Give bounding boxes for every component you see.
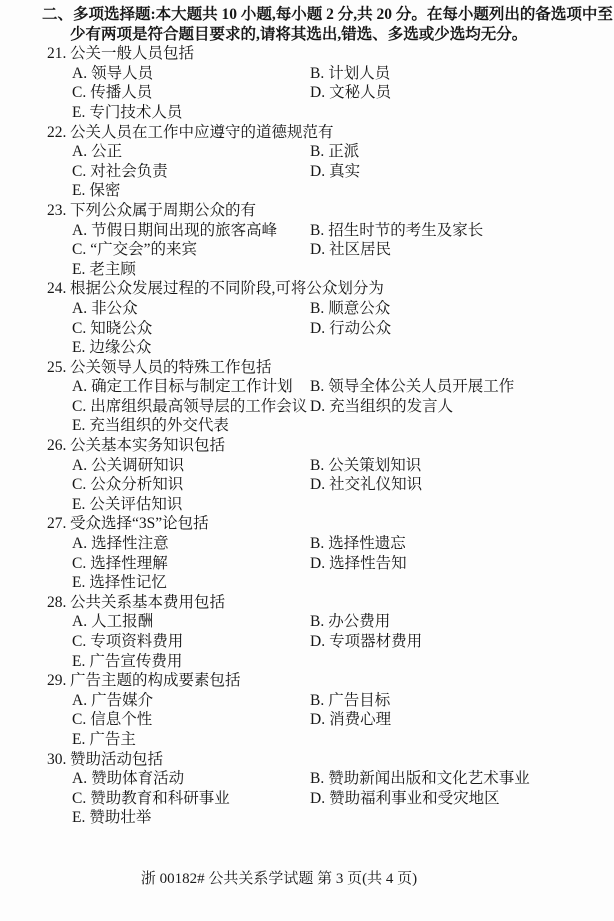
option-row: A.赞助体育活动 B.赞助新闻出版和文化艺术事业 <box>0 769 614 789</box>
option-row: E.保密 <box>0 181 614 201</box>
option-item: D.真实 <box>310 162 614 182</box>
options-grid: A.节假日期间出现的旅客高峰 B.招生时节的考生及家长 C.“广交会”的来宾 D… <box>0 221 614 280</box>
question-number: 26. <box>47 436 70 456</box>
option-item: E.专门技术人员 <box>72 103 310 123</box>
option-item: E.边缘公众 <box>72 338 310 358</box>
section-header: 二、多项选择题:本大题共 10 小题,每小题 2 分,共 20 分。在每小题列出… <box>0 5 614 44</box>
option-row: A.确定工作目标与制定工作计划 B.领导全体公关人员开展工作 <box>0 377 614 397</box>
option-text: 公关调研知识 <box>91 457 184 474</box>
option-label: E. <box>72 417 85 434</box>
question-block: 24.根据公众发展过程的不同阶段,可将公众划分为 A.非公众 B.顺意公众 C.… <box>0 279 614 357</box>
option-text: 充当组织的发言人 <box>329 398 453 415</box>
option-label: E. <box>72 653 85 670</box>
option-label: A. <box>72 143 87 160</box>
question-block: 26.公关基本实务知识包括 A.公关调研知识 B.公关策划知识 C.公众分析知识… <box>0 436 614 514</box>
option-row: A.人工报酬 B.办公费用 <box>0 612 614 632</box>
option-item: E.充当组织的外交代表 <box>72 416 310 436</box>
option-item: D.赞助福利事业和受灾地区 <box>310 789 614 809</box>
question-stem: 28.公共关系基本费用包括 <box>0 593 614 613</box>
question-stem: 23.下列公众属于周期公众的有 <box>0 201 614 221</box>
options-grid: A.确定工作目标与制定工作计划 B.领导全体公关人员开展工作 C.出席组织最高领… <box>0 377 614 436</box>
option-item: D.专项器材费用 <box>310 632 614 652</box>
option-text: 社区居民 <box>329 241 391 258</box>
option-item: E.老主顾 <box>72 260 310 280</box>
question-number: 22. <box>47 123 70 143</box>
option-item: D.社区居民 <box>310 240 614 260</box>
question-number: 28. <box>47 593 70 613</box>
option-label: A. <box>72 378 87 395</box>
option-label: C. <box>72 163 86 180</box>
option-label: A. <box>72 222 87 239</box>
option-label: C. <box>72 84 86 101</box>
question-text: 受众选择“3S”论包括 <box>70 515 209 532</box>
question-number: 25. <box>47 358 70 378</box>
option-label: C. <box>72 320 86 337</box>
option-label: B. <box>310 535 324 552</box>
section-header-line2: 少有两项是符合题目要求的,请将其选出,错选、多选或少选均无分。 <box>0 25 614 45</box>
option-label: A. <box>72 535 87 552</box>
option-label: B. <box>310 457 324 474</box>
option-item: D.消费心理 <box>310 710 614 730</box>
option-row: A.领导人员 B.计划人员 <box>0 64 614 84</box>
option-label: D. <box>310 398 325 415</box>
option-text: 赞助新闻出版和文化艺术事业 <box>328 770 530 787</box>
option-label: C. <box>72 711 86 728</box>
options-grid: A.领导人员 B.计划人员 C.传播人员 D.文秘人员 E.专门技术人员 <box>0 64 614 123</box>
option-row: C.知晓公众 D.行动公众 <box>0 319 614 339</box>
option-text: 计划人员 <box>328 65 390 82</box>
question-block: 30.赞助活动包括 A.赞助体育活动 B.赞助新闻出版和文化艺术事业 C.赞助教… <box>0 750 614 828</box>
option-item: B.正派 <box>310 142 614 162</box>
question-stem: 25.公关领导人员的特殊工作包括 <box>0 358 614 378</box>
option-row: C.赞助教育和科研事业 D.赞助福利事业和受灾地区 <box>0 789 614 809</box>
option-item: C.对社会负责 <box>72 162 310 182</box>
option-row: C.对社会负责 D.真实 <box>0 162 614 182</box>
option-item: B.计划人员 <box>310 64 614 84</box>
option-row: E.广告主 <box>0 730 614 750</box>
question-block: 28.公共关系基本费用包括 A.人工报酬 B.办公费用 C.专项资料费用 D.专… <box>0 593 614 671</box>
questions-list: 21.公关一般人员包括 A.领导人员 B.计划人员 C.传播人员 D.文秘人员 … <box>0 44 614 828</box>
question-text: 公关领导人员的特殊工作包括 <box>70 359 272 376</box>
option-item: D.选择性告知 <box>310 554 614 574</box>
page-footer: 浙 00182# 公共关系学试题 第 3 页(共 4 页) <box>0 870 586 890</box>
option-label: B. <box>310 692 324 709</box>
option-row: C.选择性理解 D.选择性告知 <box>0 554 614 574</box>
option-text: 选择性记忆 <box>89 574 167 591</box>
option-label: E. <box>72 731 85 748</box>
option-label: B. <box>310 770 324 787</box>
option-label: B. <box>310 613 324 630</box>
option-text: 边缘公众 <box>89 339 151 356</box>
option-label: C. <box>72 790 86 807</box>
option-row: A.非公众 B.顺意公众 <box>0 299 614 319</box>
option-text: 节假日期间出现的旅客高峰 <box>91 222 277 239</box>
option-item: D.行动公众 <box>310 319 614 339</box>
option-text: 非公众 <box>91 300 138 317</box>
option-item: A.公正 <box>72 142 310 162</box>
option-label: E. <box>72 496 85 513</box>
option-row: E.边缘公众 <box>0 338 614 358</box>
option-text: 选择性理解 <box>90 555 168 572</box>
option-item: C.传播人员 <box>72 83 310 103</box>
option-text: “广交会”的来宾 <box>90 241 197 258</box>
option-item: A.赞助体育活动 <box>72 769 310 789</box>
option-label: E. <box>72 104 85 121</box>
option-item: B.顺意公众 <box>310 299 614 319</box>
option-item: B.选择性遗忘 <box>310 534 614 554</box>
option-label: C. <box>72 398 86 415</box>
option-label: E. <box>72 809 85 826</box>
option-row: C.“广交会”的来宾 D.社区居民 <box>0 240 614 260</box>
option-text: 老主顾 <box>89 261 136 278</box>
options-grid: A.广告媒介 B.广告目标 C.信息个性 D.消费心理 E.广告主 <box>0 691 614 750</box>
option-row: E.选择性记忆 <box>0 573 614 593</box>
option-label: B. <box>310 222 324 239</box>
question-number: 23. <box>47 201 70 221</box>
option-text: 文秘人员 <box>329 84 391 101</box>
option-text: 公关策划知识 <box>328 457 421 474</box>
question-block: 21.公关一般人员包括 A.领导人员 B.计划人员 C.传播人员 D.文秘人员 … <box>0 44 614 122</box>
option-row: C.信息个性 D.消费心理 <box>0 710 614 730</box>
option-label: E. <box>72 182 85 199</box>
option-row: E.公关评估知识 <box>0 495 614 515</box>
option-label: D. <box>310 476 325 493</box>
options-grid: A.赞助体育活动 B.赞助新闻出版和文化艺术事业 C.赞助教育和科研事业 D.赞… <box>0 769 614 828</box>
option-text: 领导人员 <box>91 65 153 82</box>
option-row: E.专门技术人员 <box>0 103 614 123</box>
option-text: 行动公众 <box>329 320 391 337</box>
option-item: C.选择性理解 <box>72 554 310 574</box>
option-item: B.赞助新闻出版和文化艺术事业 <box>310 769 614 789</box>
option-text: 对社会负责 <box>90 163 168 180</box>
option-item: C.出席组织最高领导层的工作会议 <box>72 397 310 417</box>
option-item: C.信息个性 <box>72 710 310 730</box>
option-item: B.办公费用 <box>310 612 614 632</box>
option-text: 公众分析知识 <box>90 476 183 493</box>
option-label: E. <box>72 339 85 356</box>
option-row: E.赞助壮举 <box>0 808 614 828</box>
options-grid: A.公关调研知识 B.公关策划知识 C.公众分析知识 D.社交礼仪知识 E.公关… <box>0 456 614 515</box>
option-label: D. <box>310 163 325 180</box>
option-item: E.广告宣传费用 <box>72 652 310 672</box>
option-item: A.确定工作目标与制定工作计划 <box>72 377 310 397</box>
question-text: 赞助活动包括 <box>70 751 163 768</box>
option-label: A. <box>72 457 87 474</box>
option-label: E. <box>72 261 85 278</box>
option-label: D. <box>310 790 325 807</box>
question-number: 21. <box>47 44 70 64</box>
option-item: E.保密 <box>72 181 310 201</box>
question-stem: 24.根据公众发展过程的不同阶段,可将公众划分为 <box>0 279 614 299</box>
option-item: C.公众分析知识 <box>72 475 310 495</box>
option-row: E.老主顾 <box>0 260 614 280</box>
option-item: D.充当组织的发言人 <box>310 397 614 417</box>
question-block: 29.广告主题的构成要素包括 A.广告媒介 B.广告目标 C.信息个性 D.消费… <box>0 671 614 749</box>
option-row: C.公众分析知识 D.社交礼仪知识 <box>0 475 614 495</box>
question-block: 27.受众选择“3S”论包括 A.选择性注意 B.选择性遗忘 C.选择性理解 D… <box>0 514 614 592</box>
question-stem: 27.受众选择“3S”论包括 <box>0 514 614 534</box>
option-label: A. <box>72 770 87 787</box>
option-label: E. <box>72 574 85 591</box>
option-text: 赞助福利事业和受灾地区 <box>329 790 500 807</box>
question-stem: 22.公关人员在工作中应遵守的道德规范有 <box>0 123 614 143</box>
option-item: A.节假日期间出现的旅客高峰 <box>72 221 310 241</box>
question-block: 23.下列公众属于周期公众的有 A.节假日期间出现的旅客高峰 B.招生时节的考生… <box>0 201 614 279</box>
option-label: D. <box>310 711 325 728</box>
option-item: C.赞助教育和科研事业 <box>72 789 310 809</box>
option-text: 专项资料费用 <box>90 633 183 650</box>
option-item: A.人工报酬 <box>72 612 310 632</box>
option-item: B.公关策划知识 <box>310 456 614 476</box>
option-item: A.广告媒介 <box>72 691 310 711</box>
option-item: D.社交礼仪知识 <box>310 475 614 495</box>
option-label: B. <box>310 378 324 395</box>
option-label: D. <box>310 320 325 337</box>
option-text: 选择性遗忘 <box>328 535 406 552</box>
option-text: 顺意公众 <box>328 300 390 317</box>
option-label: D. <box>310 633 325 650</box>
question-stem: 30.赞助活动包括 <box>0 750 614 770</box>
option-item: A.领导人员 <box>72 64 310 84</box>
option-text: 信息个性 <box>90 711 152 728</box>
option-item: A.选择性注意 <box>72 534 310 554</box>
option-label: D. <box>310 84 325 101</box>
option-text: 保密 <box>89 182 120 199</box>
question-text: 公关基本实务知识包括 <box>70 437 225 454</box>
option-label: C. <box>72 633 86 650</box>
option-text: 选择性注意 <box>91 535 169 552</box>
option-label: B. <box>310 65 324 82</box>
question-text: 公关一般人员包括 <box>70 45 194 62</box>
option-text: 专项器材费用 <box>329 633 422 650</box>
option-label: A. <box>72 613 87 630</box>
options-grid: A.人工报酬 B.办公费用 C.专项资料费用 D.专项器材费用 E.广告宣传费用 <box>0 612 614 671</box>
question-number: 30. <box>47 750 70 770</box>
question-block: 25.公关领导人员的特殊工作包括 A.确定工作目标与制定工作计划 B.领导全体公… <box>0 358 614 436</box>
option-text: 确定工作目标与制定工作计划 <box>91 378 293 395</box>
question-text: 下列公众属于周期公众的有 <box>70 202 256 219</box>
option-item: E.赞助壮举 <box>72 808 310 828</box>
options-grid: A.选择性注意 B.选择性遗忘 C.选择性理解 D.选择性告知 E.选择性记忆 <box>0 534 614 593</box>
option-label: B. <box>310 300 324 317</box>
option-label: A. <box>72 65 87 82</box>
option-text: 广告目标 <box>328 692 390 709</box>
option-row: E.广告宣传费用 <box>0 652 614 672</box>
options-grid: A.公正 B.正派 C.对社会负责 D.真实 E.保密 <box>0 142 614 201</box>
option-text: 招生时节的考生及家长 <box>328 222 483 239</box>
option-item: E.选择性记忆 <box>72 573 310 593</box>
options-grid: A.非公众 B.顺意公众 C.知晓公众 D.行动公众 E.边缘公众 <box>0 299 614 358</box>
option-row: A.公正 B.正派 <box>0 142 614 162</box>
option-text: 知晓公众 <box>90 320 152 337</box>
question-block: 22.公关人员在工作中应遵守的道德规范有 A.公正 B.正派 C.对社会负责 D… <box>0 123 614 201</box>
option-text: 专门技术人员 <box>89 104 182 121</box>
option-item: D.文秘人员 <box>310 83 614 103</box>
option-label: C. <box>72 476 86 493</box>
question-number: 27. <box>47 514 70 534</box>
option-item: A.公关调研知识 <box>72 456 310 476</box>
option-text: 广告媒介 <box>91 692 153 709</box>
question-stem: 21.公关一般人员包括 <box>0 44 614 64</box>
option-row: C.出席组织最高领导层的工作会议 D.充当组织的发言人 <box>0 397 614 417</box>
option-item: B.广告目标 <box>310 691 614 711</box>
option-text: 广告主 <box>89 731 136 748</box>
option-item: B.招生时节的考生及家长 <box>310 221 614 241</box>
option-label: A. <box>72 300 87 317</box>
question-stem: 29.广告主题的构成要素包括 <box>0 671 614 691</box>
option-item: A.非公众 <box>72 299 310 319</box>
option-text: 人工报酬 <box>91 613 153 630</box>
option-row: A.广告媒介 B.广告目标 <box>0 691 614 711</box>
option-item: B.领导全体公关人员开展工作 <box>310 377 614 397</box>
option-label: C. <box>72 241 86 258</box>
option-text: 正派 <box>328 143 359 160</box>
question-text: 公共关系基本费用包括 <box>70 594 225 611</box>
option-label: A. <box>72 692 87 709</box>
option-text: 赞助壮举 <box>89 809 151 826</box>
option-item: E.广告主 <box>72 730 310 750</box>
option-row: C.传播人员 D.文秘人员 <box>0 83 614 103</box>
option-text: 广告宣传费用 <box>89 653 182 670</box>
question-stem: 26.公关基本实务知识包括 <box>0 436 614 456</box>
question-text: 根据公众发展过程的不同阶段,可将公众划分为 <box>70 280 384 297</box>
option-text: 公正 <box>91 143 122 160</box>
option-item: E.公关评估知识 <box>72 495 310 515</box>
option-item: C.专项资料费用 <box>72 632 310 652</box>
option-text: 领导全体公关人员开展工作 <box>328 378 514 395</box>
question-text: 公关人员在工作中应遵守的道德规范有 <box>70 124 334 141</box>
option-text: 真实 <box>329 163 360 180</box>
option-row: C.专项资料费用 D.专项器材费用 <box>0 632 614 652</box>
exam-page: 二、多项选择题:本大题共 10 小题,每小题 2 分,共 20 分。在每小题列出… <box>0 0 614 921</box>
option-label: D. <box>310 555 325 572</box>
option-text: 出席组织最高领导层的工作会议 <box>90 398 307 415</box>
option-text: 传播人员 <box>90 84 152 101</box>
option-text: 社交礼仪知识 <box>329 476 422 493</box>
option-text: 选择性告知 <box>329 555 407 572</box>
option-label: C. <box>72 555 86 572</box>
question-number: 29. <box>47 671 70 691</box>
option-text: 赞助教育和科研事业 <box>90 790 230 807</box>
option-text: 办公费用 <box>328 613 390 630</box>
question-text: 广告主题的构成要素包括 <box>70 672 241 689</box>
option-text: 赞助体育活动 <box>91 770 184 787</box>
section-header-line1: 二、多项选择题:本大题共 10 小题,每小题 2 分,共 20 分。在每小题列出… <box>0 5 614 25</box>
option-row: A.公关调研知识 B.公关策划知识 <box>0 456 614 476</box>
option-label: B. <box>310 143 324 160</box>
option-row: E.充当组织的外交代表 <box>0 416 614 436</box>
option-text: 公关评估知识 <box>89 496 182 513</box>
option-item: C.“广交会”的来宾 <box>72 240 310 260</box>
option-row: A.选择性注意 B.选择性遗忘 <box>0 534 614 554</box>
option-label: D. <box>310 241 325 258</box>
option-text: 充当组织的外交代表 <box>89 417 229 434</box>
option-row: A.节假日期间出现的旅客高峰 B.招生时节的考生及家长 <box>0 221 614 241</box>
question-number: 24. <box>47 279 70 299</box>
option-text: 消费心理 <box>329 711 391 728</box>
option-item: C.知晓公众 <box>72 319 310 339</box>
